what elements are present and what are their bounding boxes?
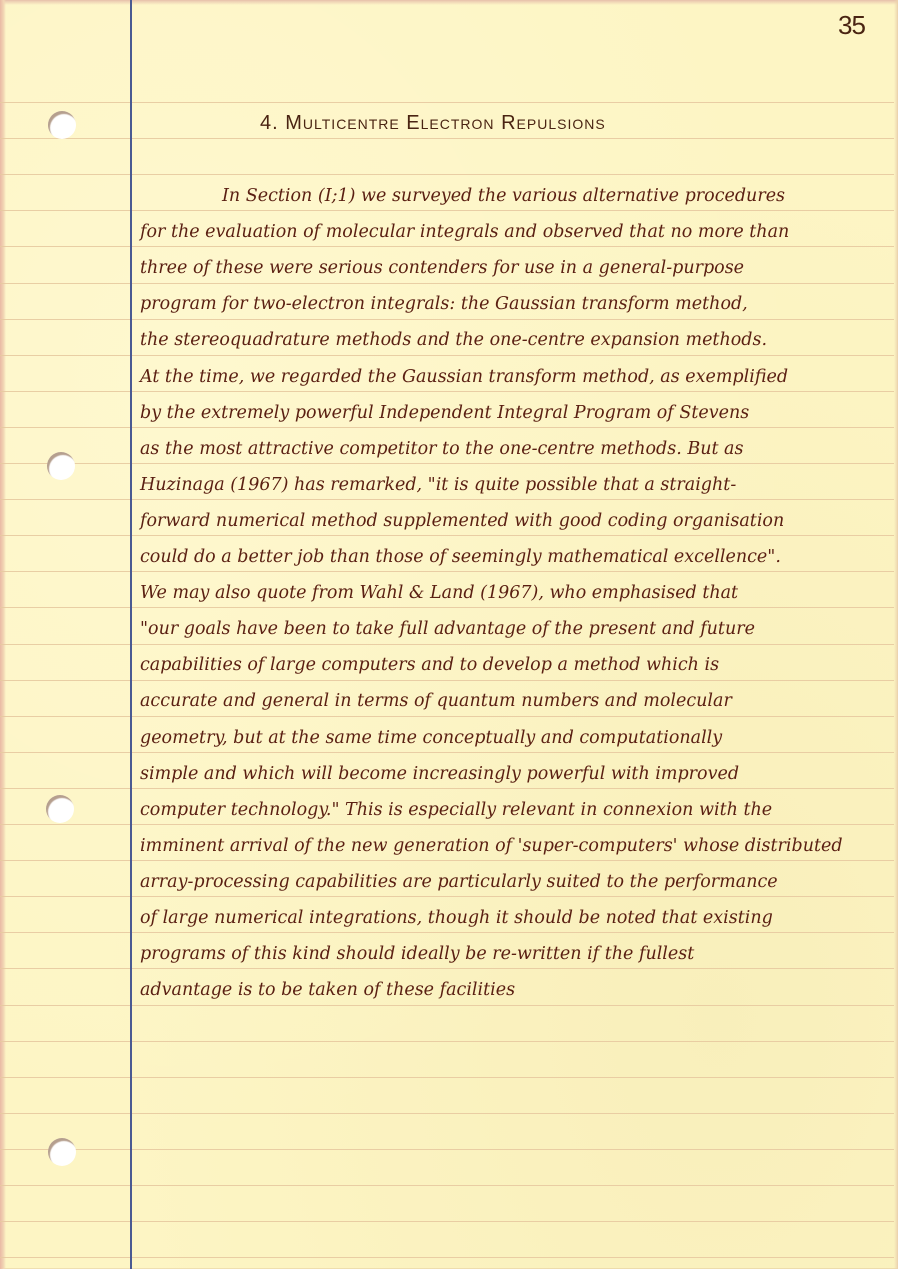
text-line: three of these were serious contenders f… — [140, 260, 744, 278]
section-title: 4. Multicentre Electron Repulsions — [260, 112, 606, 135]
ruled-line — [0, 788, 894, 789]
ruled-line — [0, 1149, 894, 1150]
ruled-line — [0, 1041, 894, 1042]
ruled-line — [0, 1005, 894, 1006]
text-line: advantage is to be taken of these facili… — [140, 982, 515, 1000]
ruled-line — [0, 174, 894, 175]
ruled-line — [0, 1221, 894, 1222]
text-line: "our goals have been to take full advant… — [140, 621, 755, 639]
ruled-line — [0, 680, 894, 681]
ruled-line — [0, 571, 894, 572]
text-line: program for two-electron integrals: the … — [140, 296, 748, 314]
ruled-line — [0, 391, 894, 392]
ruled-line — [0, 968, 894, 969]
notebook-page: 35 4. Multicentre Electron Repulsions In… — [0, 0, 898, 1269]
ruled-line — [0, 1257, 894, 1258]
ruled-line — [0, 824, 894, 825]
ruled-line — [0, 283, 894, 284]
punch-hole-icon — [48, 1138, 76, 1166]
text-line: the stereoquadrature methods and the one… — [140, 332, 767, 350]
punch-hole-icon — [46, 795, 74, 823]
ruled-line — [0, 932, 894, 933]
ruled-line — [0, 138, 894, 139]
page-top-edge — [0, 0, 898, 5]
ruled-line — [0, 860, 894, 861]
text-line: accurate and general in terms of quantum… — [140, 693, 732, 711]
page-number: 35 — [838, 10, 865, 41]
text-line: Huzinaga (1967) has remarked, "it is qui… — [140, 477, 736, 495]
punch-hole-icon — [47, 452, 75, 480]
ruled-line — [0, 427, 894, 428]
ruled-line — [0, 355, 894, 356]
ruled-line — [0, 716, 894, 717]
punch-hole-icon — [48, 111, 76, 139]
ruled-line — [0, 535, 894, 536]
text-line: for the evaluation of molecular integral… — [140, 224, 789, 242]
text-line: imminent arrival of the new generation o… — [140, 838, 843, 856]
margin-line — [130, 0, 132, 1269]
ruled-line — [0, 896, 894, 897]
text-line: as the most attractive competitor to the… — [140, 441, 743, 459]
ruled-line — [0, 1077, 894, 1078]
ruled-line — [0, 752, 894, 753]
ruled-line — [0, 463, 894, 464]
ruled-line — [0, 1113, 894, 1114]
text-line: could do a better job than those of seem… — [140, 549, 781, 567]
ruled-line — [0, 319, 894, 320]
page-left-edge — [0, 0, 6, 1269]
text-line: capabilities of large computers and to d… — [140, 657, 719, 675]
ruled-line — [0, 644, 894, 645]
ruled-line — [0, 210, 894, 211]
ruled-line — [0, 246, 894, 247]
ruled-line — [0, 102, 894, 103]
text-line: At the time, we regarded the Gaussian tr… — [140, 369, 788, 387]
ruled-line — [0, 607, 894, 608]
text-line: by the extremely powerful Independent In… — [140, 405, 749, 423]
text-line: We may also quote from Wahl & Land (1967… — [140, 585, 738, 603]
page-right-edge — [894, 0, 898, 1269]
text-line: geometry, but at the same time conceptua… — [140, 730, 722, 748]
ruled-line — [0, 499, 894, 500]
text-line: of large numerical integrations, though … — [140, 910, 773, 928]
text-line: In Section (I;1) we surveyed the various… — [222, 188, 785, 206]
text-line: array-processing capabilities are partic… — [140, 874, 778, 892]
text-line: simple and which will become increasingl… — [140, 766, 739, 784]
text-line: computer technology." This is especially… — [140, 802, 772, 820]
text-line: programs of this kind should ideally be … — [140, 946, 694, 964]
ruled-line — [0, 1185, 894, 1186]
text-line: forward numerical method supplemented wi… — [140, 513, 784, 531]
